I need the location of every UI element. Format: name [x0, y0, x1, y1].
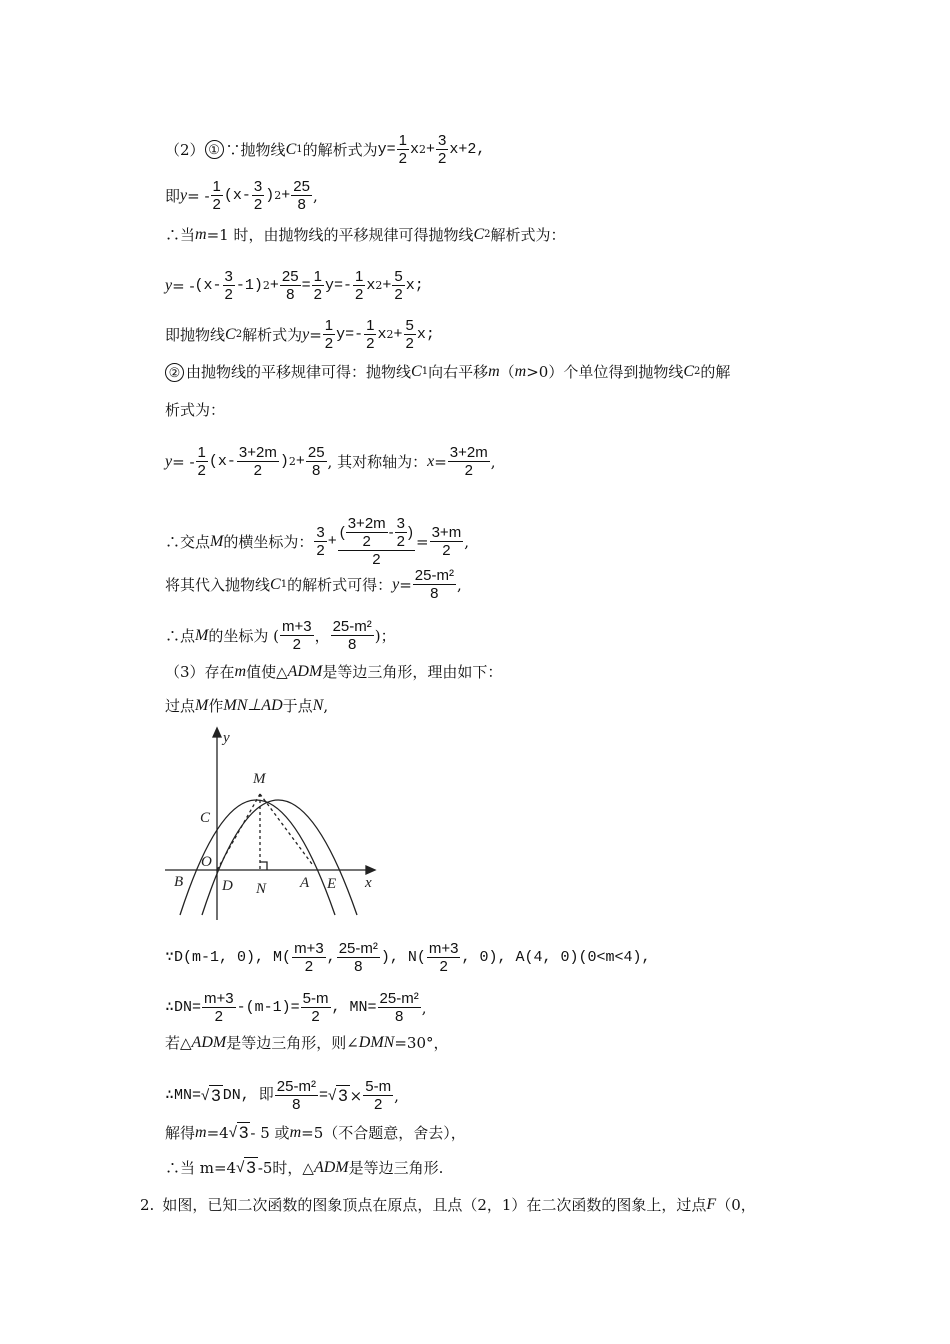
- eq: =: [434, 452, 447, 472]
- fraction: m+32: [427, 940, 461, 975]
- tail: x+2,: [449, 140, 485, 160]
- solution-line-3-3: ∵D(m-1, 0), M( m+32 , 25-m²8 ), N( m+32 …: [165, 940, 651, 975]
- num: 1: [323, 317, 335, 335]
- var: ADM: [192, 1033, 227, 1053]
- var: x: [427, 452, 434, 472]
- exp: 2: [386, 325, 393, 345]
- text: , 0), A(4, 0)(0<m<4),: [461, 948, 650, 968]
- num: 3: [223, 268, 235, 286]
- solution-line-3-7: 解得 m =4 √3 - 5 或 m =5（不合题意，舍去），: [165, 1122, 466, 1143]
- compound-numerator: ( 3+2m2 - 32 ): [338, 515, 415, 551]
- den: 2: [314, 542, 326, 559]
- text: =: [319, 1086, 328, 1106]
- text: ∴DN=: [165, 998, 201, 1018]
- text: 是等边三角形，则∠: [226, 1033, 359, 1053]
- exp: 2: [263, 276, 270, 296]
- text: ∴点: [165, 626, 195, 646]
- text: - 5 或: [250, 1123, 289, 1143]
- den: 2: [395, 533, 407, 550]
- var: m: [290, 1123, 302, 1143]
- num: 1: [397, 132, 409, 150]
- exp: 2: [375, 276, 382, 296]
- text: ∴MN=: [165, 1086, 201, 1106]
- text: =1 时，由抛物线的平移规律可得抛物线: [207, 225, 474, 245]
- eq: =: [399, 575, 412, 595]
- text: 作: [208, 696, 223, 716]
- num: 5: [392, 268, 404, 286]
- var: C: [270, 575, 281, 595]
- var: m: [488, 362, 500, 382]
- plus: +: [382, 276, 391, 296]
- text: 的解析式为: [303, 140, 378, 160]
- radicand: 3: [244, 1157, 257, 1178]
- solution-line-3-6: ∴MN= √3 DN, 即 25-m²8 = √3 × 5-m2 ,: [165, 1078, 399, 1113]
- solution-line-2-9: ∴交点 M 的横坐标为： 32 + ( 3+2m2 - 32 ) 2 = 3+m…: [165, 515, 469, 568]
- fraction: 12: [211, 178, 223, 213]
- den: 2: [404, 335, 416, 352]
- den: 2: [252, 196, 264, 213]
- fraction: m+32: [280, 618, 314, 653]
- text: （: [500, 362, 515, 382]
- den: 2: [252, 462, 264, 479]
- label-N: N: [255, 881, 267, 897]
- num: 25-m²: [337, 940, 380, 958]
- solution-line-2-8: y = - 12 (x- 3+2m2 )2 + 258 , 其对称轴为： x =…: [165, 444, 496, 479]
- fraction: 32: [314, 524, 326, 559]
- fraction: 3+2m2: [237, 444, 279, 479]
- num: 5-m: [301, 990, 331, 1008]
- solution-line-3-1: （3）存在 m 值使△ ADM 是等边三角形，理由如下：: [165, 662, 502, 682]
- solution-line-2-4: y = - (x- 32 -1)2 + 258 = 12 y=- 12 x2 +…: [165, 268, 424, 303]
- plus: +: [426, 140, 435, 160]
- var: m: [195, 1123, 207, 1143]
- fraction: 3+2m2: [346, 515, 388, 550]
- radicand: 3: [209, 1085, 222, 1106]
- var: ADM: [288, 662, 323, 682]
- text: ∵抛物线: [226, 140, 286, 160]
- text: 的解析式可得：: [287, 575, 392, 595]
- var: F: [706, 1195, 716, 1215]
- var: DMN: [359, 1033, 395, 1053]
- var: y: [392, 575, 399, 595]
- text: -5时，△: [258, 1158, 314, 1178]
- text: (: [340, 524, 345, 541]
- den: 2: [353, 286, 365, 303]
- solution-line-2-11: ∴点 M 的坐标为 ( m+32 ， 25-m²8 )；: [165, 618, 396, 653]
- eq: = -: [187, 186, 209, 206]
- text: 于点: [283, 696, 313, 716]
- den: 2: [323, 335, 335, 352]
- label-M: M: [252, 771, 267, 787]
- var: M: [195, 696, 208, 716]
- text: 解得: [165, 1123, 195, 1143]
- var: ADM: [314, 1158, 349, 1178]
- solution-line-3-5: 若△ ADM 是等边三角形，则∠ DMN =30°，: [165, 1033, 449, 1053]
- num: m+3: [427, 940, 461, 958]
- exp: 2: [419, 140, 426, 160]
- text: DN, 即: [223, 1086, 274, 1106]
- text: 解析式为：: [491, 225, 566, 245]
- fraction: 12: [353, 268, 365, 303]
- den: 2: [392, 286, 404, 303]
- text: =4: [207, 1123, 229, 1143]
- den: 2: [440, 542, 452, 559]
- solution-line-2-5: 即抛物线 C2 解析式为 y = 12 y=- 12 x2 + 52 x;: [165, 317, 435, 352]
- tail: x;: [417, 325, 435, 345]
- fraction: 12: [312, 268, 324, 303]
- text: ): [280, 452, 289, 472]
- var: N: [313, 696, 324, 716]
- var: M: [195, 626, 208, 646]
- text: 即: [165, 186, 180, 206]
- var: C: [683, 362, 694, 382]
- den: 8: [284, 286, 296, 303]
- num: 25-m²: [275, 1078, 318, 1096]
- tail: x;: [406, 276, 424, 296]
- var: m: [235, 662, 247, 682]
- label-C: C: [200, 810, 211, 826]
- text: 析式为：: [165, 400, 225, 420]
- eq: =: [416, 532, 429, 552]
- text: -1): [236, 276, 263, 296]
- text: (x-: [209, 452, 236, 472]
- fraction: 258: [291, 178, 312, 213]
- plus: +: [281, 186, 290, 206]
- x: x: [410, 140, 419, 160]
- question-number: 2.: [140, 1195, 154, 1215]
- fraction: 12: [397, 132, 409, 167]
- text: 若△: [165, 1033, 192, 1053]
- text: 是等边三角形.: [349, 1158, 444, 1178]
- num: m+3: [292, 940, 326, 958]
- num: 3: [436, 132, 448, 150]
- solution-line-2-7: 析式为：: [165, 400, 225, 420]
- num: 3: [395, 515, 407, 533]
- text: 将其代入抛物线: [165, 575, 270, 595]
- sqrt: √3: [229, 1122, 251, 1143]
- text: 的坐标为 (: [208, 626, 279, 646]
- fraction: 25-m²8: [275, 1078, 318, 1113]
- text: 过点: [165, 696, 195, 716]
- sqrt: √3: [328, 1085, 350, 1106]
- fraction: 32: [252, 178, 264, 213]
- den: 2: [291, 636, 303, 653]
- var: y: [180, 186, 187, 206]
- label-O: O: [201, 854, 212, 870]
- circled-number: ①: [205, 140, 224, 159]
- den: 8: [346, 636, 358, 653]
- den: 8: [352, 958, 364, 975]
- fraction: 5-m2: [363, 1078, 393, 1113]
- num: 5: [404, 317, 416, 335]
- text: y=-: [325, 276, 352, 296]
- tail: ,: [323, 696, 328, 716]
- radicand: 3: [336, 1085, 349, 1106]
- tail: ,: [491, 452, 496, 472]
- den: 2: [223, 286, 235, 303]
- fraction: m+32: [292, 940, 326, 975]
- den: 2: [372, 1096, 384, 1113]
- text: ∴当: [165, 225, 195, 245]
- tail: ,: [394, 1086, 399, 1106]
- num: 3: [314, 524, 326, 542]
- tail: ,: [422, 998, 427, 1018]
- solution-line-2-1: （2） ① ∵抛物线 C1 的解析式为 y= 12 x2 + 32 x+2,: [165, 132, 485, 167]
- den: 2: [364, 335, 376, 352]
- x: x: [366, 276, 375, 296]
- question-2: 2. 如图，已知二次函数的图象顶点在原点，且点（2，1）在二次函数的图象上，过点…: [140, 1195, 756, 1215]
- tail: )；: [375, 626, 396, 646]
- fraction: 32: [223, 268, 235, 303]
- num: 3: [252, 178, 264, 196]
- fraction: 12: [364, 317, 376, 352]
- text: ∵D(m-1, 0), M(: [165, 948, 291, 968]
- var: MN⊥AD: [223, 696, 282, 716]
- exp: 2: [274, 186, 281, 206]
- den: 2: [312, 286, 324, 303]
- fraction: m+32: [202, 990, 236, 1025]
- text: 的解: [700, 362, 730, 382]
- num: 3+m: [430, 524, 464, 542]
- eq: =: [309, 325, 322, 345]
- text: =5（不合题意，舍去），: [301, 1123, 466, 1143]
- fraction: 25-m²8: [413, 567, 456, 602]
- text: y=-: [336, 325, 363, 345]
- num: 1: [353, 268, 365, 286]
- fraction: 25-m²8: [337, 940, 380, 975]
- var: m: [515, 362, 527, 382]
- eq: y=: [378, 140, 396, 160]
- var: M: [210, 532, 223, 552]
- text: ∴交点: [165, 532, 210, 552]
- text: （3）存在: [165, 662, 235, 682]
- text: 由抛物线的平移规律可得：抛物线: [186, 362, 411, 382]
- var: C: [411, 362, 422, 382]
- fraction: 32: [395, 515, 407, 550]
- solution-line-2-6: ② 由抛物线的平移规律可得：抛物线 C1 向右平移 m （ m >0）个单位得到…: [165, 362, 730, 382]
- num: 25: [280, 268, 301, 286]
- text: =30°，: [394, 1033, 448, 1053]
- x: x: [377, 325, 386, 345]
- den: 8: [290, 1096, 302, 1113]
- fraction: 3+m2: [430, 524, 464, 559]
- fraction: 12: [196, 444, 208, 479]
- solution-line-2-3: ∴当 m =1 时，由抛物线的平移规律可得抛物线 C2 解析式为：: [165, 225, 566, 245]
- var: C: [286, 140, 297, 160]
- den: 2: [438, 958, 450, 975]
- den: 2: [361, 533, 373, 550]
- tail: （0，: [716, 1195, 756, 1215]
- exp: 2: [289, 452, 296, 472]
- solution-line-3-2: 过点 M 作 MN⊥AD 于点 N ,: [165, 696, 328, 716]
- fraction: 3+2m2: [448, 444, 490, 479]
- var: C: [473, 225, 484, 245]
- label-y: y: [221, 730, 230, 746]
- num: 25: [291, 178, 312, 196]
- circled-number: ②: [165, 363, 184, 382]
- num: 1: [364, 317, 376, 335]
- den: 2: [213, 1008, 225, 1025]
- text: -(m-1)=: [237, 998, 300, 1018]
- tail: ,: [457, 575, 462, 595]
- label-D: D: [221, 878, 233, 894]
- text: 是等边三角形，理由如下：: [322, 662, 502, 682]
- eq: =: [302, 276, 311, 296]
- den: 2: [309, 1008, 321, 1025]
- den: 2: [303, 958, 315, 975]
- den: 2: [370, 551, 382, 568]
- var: y: [165, 276, 172, 296]
- eq: = -: [172, 452, 194, 472]
- text: ,: [327, 948, 336, 968]
- plus: +: [328, 532, 337, 552]
- text: , MN=: [332, 998, 377, 1018]
- text: >0）个单位得到抛物线: [526, 362, 683, 382]
- den: 8: [428, 585, 440, 602]
- fraction: 258: [280, 268, 301, 303]
- text: (x-: [224, 186, 251, 206]
- solution-line-2-2: 即 y = - 12 (x- 32 )2 + 258 ,: [165, 178, 318, 213]
- fraction: 12: [323, 317, 335, 352]
- num: m+3: [280, 618, 314, 636]
- text: 值使△: [246, 662, 288, 682]
- den: 2: [436, 150, 448, 167]
- num: 1: [312, 268, 324, 286]
- fraction: 52: [404, 317, 416, 352]
- den: 2: [211, 196, 223, 213]
- text: 即抛物线: [165, 325, 225, 345]
- part-label: （2）: [165, 140, 205, 160]
- solution-line-2-10: 将其代入抛物线 C1 的解析式可得： y = 25-m²8 ,: [165, 567, 462, 602]
- num: 25-m²: [331, 618, 374, 636]
- num: 25: [306, 444, 327, 462]
- num: 25-m²: [378, 990, 421, 1008]
- label-E: E: [326, 876, 336, 892]
- text: ), N(: [381, 948, 426, 968]
- sqrt: √3: [201, 1085, 223, 1106]
- fraction: 52: [392, 268, 404, 303]
- fraction: 25-m²8: [331, 618, 374, 653]
- num: 5-m: [363, 1078, 393, 1096]
- text: , 其对称轴为：: [328, 452, 428, 472]
- solution-line-3-4: ∴DN= m+32 -(m-1)= 5-m2 , MN= 25-m²8 ,: [165, 990, 426, 1025]
- fraction: 32: [436, 132, 448, 167]
- num: 1: [211, 178, 223, 196]
- tail: ,: [313, 186, 318, 206]
- parabola-diagram: y M C O B D N A E x: [160, 725, 390, 920]
- question-text: 如图，已知二次函数的图象顶点在原点，且点（2，1）在二次函数的图象上，过点: [162, 1195, 706, 1215]
- num: 3+2m: [237, 444, 279, 462]
- den: 2: [463, 462, 475, 479]
- text: (x-: [195, 276, 222, 296]
- text: ): [265, 186, 274, 206]
- fraction: 25-m²8: [378, 990, 421, 1025]
- plus: +: [296, 452, 305, 472]
- var: C: [225, 325, 236, 345]
- den: 8: [310, 462, 322, 479]
- text: ∴当 m=4: [165, 1158, 236, 1178]
- radicand: 3: [237, 1122, 250, 1143]
- solution-line-3-8: ∴当 m=4 √3 -5时，△ ADM 是等边三角形.: [165, 1157, 443, 1178]
- var: y: [302, 325, 309, 345]
- den: 8: [295, 196, 307, 213]
- sqrt: √3: [236, 1157, 258, 1178]
- plus: +: [393, 325, 402, 345]
- text: ): [408, 524, 413, 541]
- den: 2: [397, 150, 409, 167]
- fraction: 258: [306, 444, 327, 479]
- eq: = -: [172, 276, 194, 296]
- num: 25-m²: [413, 567, 456, 585]
- compound-fraction: ( 3+2m2 - 32 ) 2: [338, 515, 415, 568]
- var: m: [195, 225, 207, 245]
- plus: +: [270, 276, 279, 296]
- num: m+3: [202, 990, 236, 1008]
- label-B: B: [174, 874, 183, 890]
- label-x: x: [364, 875, 372, 891]
- text: 的横坐标为：: [223, 532, 313, 552]
- num: 3+2m: [448, 444, 490, 462]
- text: ，: [315, 626, 330, 646]
- text: -: [389, 524, 394, 541]
- text: 向右平移: [428, 362, 488, 382]
- num: 3+2m: [346, 515, 388, 533]
- times: ×: [350, 1086, 363, 1106]
- den: 2: [196, 462, 208, 479]
- tail: ,: [464, 532, 469, 552]
- var: y: [165, 452, 172, 472]
- text: 解析式为: [242, 325, 302, 345]
- label-A: A: [299, 875, 310, 891]
- fraction: 5-m2: [301, 990, 331, 1025]
- den: 8: [393, 1008, 405, 1025]
- num: 1: [196, 444, 208, 462]
